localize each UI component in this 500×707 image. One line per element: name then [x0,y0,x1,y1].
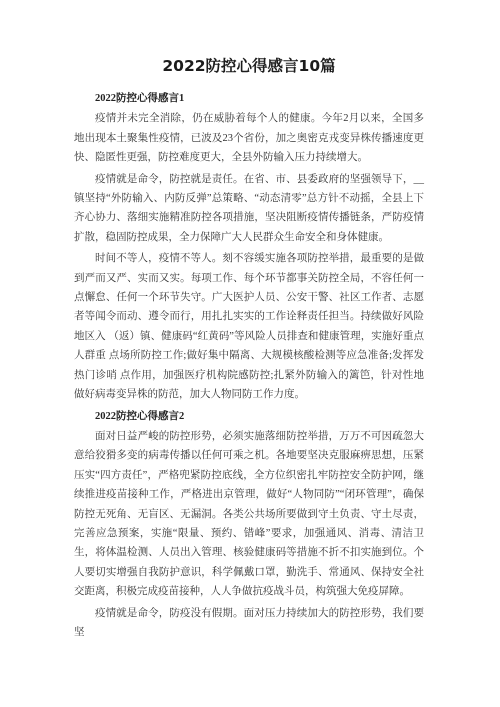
document-content: 2022防控心得感言1 疫情并未完全消除，仍在威胁着每个人的健康。今年2月以来，… [74,89,424,642]
section-1-heading: 2022防控心得感言1 [74,89,424,108]
section-1-paragraph-3: 时间不等人，疫情不等人。刻不容缓实施各项防控举措，最重要的是做到严而又严、实而又… [74,249,424,404]
section-2-heading: 2022防控心得感言2 [74,407,424,426]
page-title: 2022防控心得感言10篇 [74,55,424,77]
section-2-paragraph-1: 面对日益严峻的防控形势，必须实施落细防控举措，万万不可因疏忽大意给狡猾多变的病毒… [74,427,424,602]
section-2-paragraph-2: 疫情就是命令，防疫没有假期。面对压力持续加大的防控形势，我们要坚 [74,604,424,643]
document-page: 2022防控心得感言10篇 2022防控心得感言1 疫情并未完全消除，仍在威胁着… [0,0,500,707]
document-body: 2022防控心得感言10篇 2022防控心得感言1 疫情并未完全消除，仍在威胁着… [0,0,500,642]
section-1-paragraph-1: 疫情并未完全消除，仍在威胁着每个人的健康。今年2月以来，全国多地出现本土聚集性疫… [74,109,424,167]
section-1-paragraph-2: 疫情就是命令，防控就是责任。在省、市、县委政府的坚强领导下，__镇坚持“外防输入… [74,170,424,248]
